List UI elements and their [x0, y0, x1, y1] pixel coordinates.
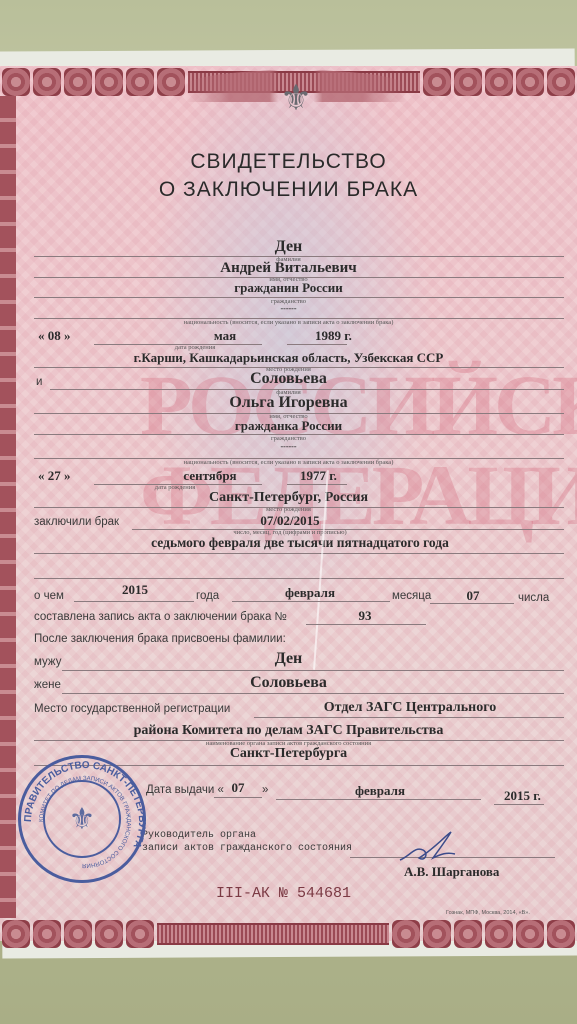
record-day-label: числа	[518, 592, 549, 604]
eagle-emblem-icon: ⚜	[270, 68, 322, 128]
wife-name: Ольга Игоревна	[0, 394, 577, 412]
issue-label: Дата выдачи	[146, 784, 214, 796]
stamp-eagle-icon: ⚜	[43, 780, 121, 858]
marriage-date-words: седьмого февраля две тысячи пятнадцатого…	[60, 535, 540, 551]
record-year: 2015	[80, 582, 190, 598]
year-suffix: г.	[344, 328, 352, 343]
surnames-heading: После заключения брака присвоены фамилии…	[34, 633, 286, 645]
husband-nationality: ------	[0, 304, 577, 313]
wife-nationality: ------	[0, 442, 577, 451]
issue-year: 2015	[504, 788, 530, 803]
caption-nationality: национальность (вносится, если указано в…	[0, 319, 577, 326]
issue-day: 07	[218, 780, 258, 796]
record-day: 07	[438, 588, 508, 604]
title-line-2: О ЗАКЛЮЧЕНИИ БРАКА	[0, 178, 577, 202]
registration-line-2: района Комитета по делам ЗАГС Правительс…	[0, 723, 577, 739]
wife-new-surname: Соловьева	[0, 674, 577, 692]
husband-birth-day: 08	[48, 328, 61, 343]
signatory-label-2: записи актов гражданского состояния	[142, 843, 352, 854]
husband-birth-month: мая	[150, 328, 300, 344]
title-line-1: СВИДЕТЕЛЬСТВО	[0, 150, 577, 174]
printer-imprint: Гознак, МПФ, Москва, 2014, «В».	[446, 910, 530, 916]
act-label: составлена запись акта о заключении брак…	[34, 611, 287, 623]
signatory-label-1: Руководитель органа	[142, 830, 256, 841]
record-month-label: месяца	[392, 590, 431, 602]
caption-citizenship: гражданство	[0, 435, 577, 442]
caption-nationality: национальность (вносится, если указано в…	[0, 459, 577, 466]
registration-line-1: Отдел ЗАГС Центрального	[260, 700, 560, 716]
signature	[395, 828, 465, 868]
husband-birth-place: г.Карши, Кашкадарьинская область, Узбекс…	[0, 350, 577, 366]
husband-name: Андрей Витальевич	[0, 260, 577, 277]
wife-birth-day: 27	[48, 468, 61, 483]
husband-birth-year: 1989	[315, 328, 341, 343]
bottom-ornament-border	[0, 918, 577, 950]
wife-birth-place: Санкт-Петербург, Россия	[0, 490, 577, 506]
marriage-date-digits: 07/02/2015	[140, 513, 440, 529]
wife-surname: Соловьева	[0, 370, 577, 388]
wife-citizenship: гражданка России	[0, 418, 577, 434]
record-prefix: о чем	[34, 590, 64, 602]
record-year-label: года	[196, 590, 219, 602]
husband-surname: Ден	[0, 238, 577, 256]
husband-new-surname: Ден	[0, 650, 577, 668]
issue-month: февраля	[300, 783, 460, 799]
act-number: 93	[310, 608, 420, 624]
husband-citizenship: гражданин России	[0, 280, 577, 296]
signatory-name: А.В. Шарганова	[404, 864, 499, 880]
registration-label: Место государственной регистрации	[34, 703, 230, 715]
official-stamp: ПРАВИТЕЛЬСТВО САНКТ-ПЕТЕРБУРГА КОМИТЕТ П…	[18, 755, 146, 883]
wife-birth-month: сентября	[130, 468, 290, 484]
wife-birth-year: 1977	[300, 468, 326, 483]
year-suffix: г.	[329, 468, 337, 483]
caption-birth-place: место рождения	[0, 506, 577, 513]
marriage-label: заключили брак	[34, 516, 119, 528]
serial-number: III-АК № 544681	[216, 885, 351, 902]
record-month: февраля	[240, 585, 380, 601]
year-suffix: г.	[533, 788, 541, 803]
